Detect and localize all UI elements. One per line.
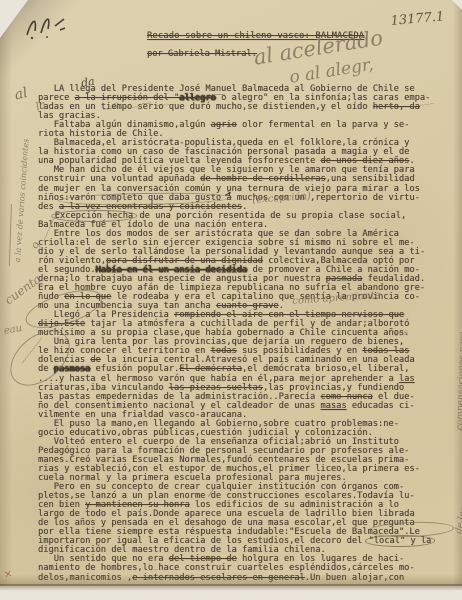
document-title: Recado sobre un chileno vasco: BALMACEDA — [147, 31, 364, 41]
ink-scribble-icon — [20, 4, 72, 46]
annotation-archive-number: 13177.1 — [390, 9, 445, 29]
typed-text: masas — [320, 401, 346, 411]
page-bottom-shadow — [0, 584, 462, 591]
annotation-margin-al: al — [13, 85, 29, 104]
struck-text: agrio — [211, 120, 237, 130]
typescript-body: LA llega del Presidente José Manuel Balm… — [38, 85, 432, 583]
annotation-left-vertical-note: a la vez de varios coincidentes — [13, 138, 31, 262]
scanned-manuscript-page: Recado sobre un chileno vasco: BALMACEDA… — [0, 0, 462, 600]
typed-text: olor fermental en la parva y se- — [237, 120, 410, 130]
paper-sheet: Recado sobre un chileno vasco: BALMACEDA… — [0, 0, 462, 586]
annotation-o-al-alegr: o al alegr, — [288, 55, 375, 88]
struck-text: herto, da — [373, 102, 420, 112]
typed-text: educadas ci- — [347, 401, 415, 411]
document-byline: por Gabriela Mistral. — [147, 49, 257, 59]
